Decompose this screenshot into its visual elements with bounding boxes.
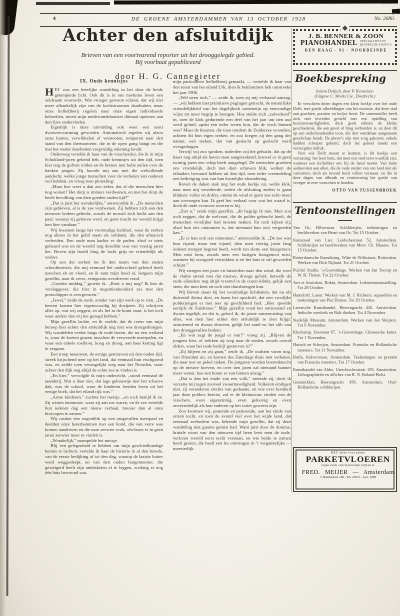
exhibitions-list: Van Os, Hilversum. Schilderijen, teekeni… (293, 225, 397, 431)
exhibition-entry: Pulchri Studio, ’s-Gravenhage. Werken va… (293, 267, 397, 277)
scan-artifact-left-line (6, 16, 9, 596)
review-paragraphs: Er verscheen dezer dagen een klein boekj… (293, 101, 397, 185)
piano-ad-address: DEN HAAG · 91 · NOORDEINDE (296, 49, 396, 53)
boekbespreking-body: Intiem Delfsch, door P. Keuvelaar. (Uitg… (293, 87, 397, 199)
drop-cap: H (45, 87, 55, 97)
piano-ad-trade: PIANOHANDEL (300, 40, 357, 48)
book-credit: Intiem Delfsch, door P. Keuvelaar. (Uitg… (293, 89, 397, 99)
exhibition-entry: Arti et Amicitiae, Rokin, Amsterdam. Led… (293, 280, 397, 290)
body-paragraph: Een troep meeuwen, de eenige getrouwen u… (45, 351, 163, 373)
right-column-rule (293, 70, 397, 71)
column-2-paragraphs: „Wel neen toch,” — zeide ik, toen zij mi… (173, 95, 291, 451)
heading-divider (338, 220, 352, 221)
continued-paragraph: mijn particuliere liefhebberij gemaakt, … (173, 79, 291, 95)
body-paragraph: Mijn gezellin lachte, en ik voelde, dat … (45, 319, 163, 351)
body-paragraph: Wij bleven staan bij het voormalige lich… (173, 290, 291, 333)
section-heading: IX. Oude kennisjes (45, 79, 163, 84)
exhibition-entry: Huinck en Scherjon, Amsterdam. Fransche … (293, 342, 397, 352)
exhibition-entry: Kleykamp, Zeestraat 67, ’s-Gravenhage. C… (293, 330, 397, 340)
body-paragraph: „Dat is juist het wonderlijke,” antwoord… (45, 200, 163, 227)
review-paragraph: Er verscheen dezer dagen een klein boekj… (293, 101, 397, 151)
body-paragraph: Zoo kwamen wij, pratende en peinzende, a… (173, 408, 291, 451)
reviewer-signature: OTTO VAN TUSSENBROEK (293, 188, 397, 193)
body-paragraph: „Jawel,” zeide de oude, zonder van zijn … (45, 297, 163, 319)
body-paragraph: „Arme kinderen,” zuchtte het meisje, „en… (45, 395, 163, 417)
article-column-1: IX. Oude kennisjes HET was een heerlijke… (45, 79, 163, 503)
body-paragraph: Blij een gelegenheid te hebben om mijn g… (45, 443, 163, 475)
exhibition-entries: Van Os, Hilversum. Schilderijen, teekeni… (293, 225, 397, 390)
parquet-ad-address: v. Baerlestraat 160 - Tel. 25615 - Gev. … (297, 475, 399, 479)
body-paragraph: Eigenlijk is deze uitvinding ook weer ee… (45, 125, 163, 152)
scan-artifact-top-line (114, 0, 398, 4)
article-body: IX. Oude kennisjes HET was een heerlijke… (45, 79, 291, 503)
right-column: ◆ J. B. BENNER & ZOON PIANOHANDEL SPECIA… (293, 29, 397, 431)
opening-paragraph: HET was een heerlijke wandeling in het d… (45, 87, 163, 125)
scan-artifact-left-band (0, 0, 6, 616)
parquet-ad-firm: FRED. MEIJER — Amsterdam (297, 468, 399, 475)
body-paragraph: „Er is hun ook iets ontnomen,” antwoordd… (173, 236, 291, 268)
exhibition-entry: Kunstzaal van Lier, Leidschestraat 52, A… (293, 237, 397, 252)
exhibition-entry: Goudstikker, Heerengracht 458, Amsterdam… (293, 380, 397, 390)
boekbespreking-heading: Boekbespreking (295, 74, 397, 86)
body-paragraph: „Dat is dan het einde van een volk,” mee… (173, 376, 291, 408)
exhibition-entry: Van Os, Hilversum. Schilderijen, teekeni… (293, 225, 397, 235)
review-paragraph: Voor wie Delft meent te kennen, is dit b… (293, 151, 397, 186)
body-paragraph: „Zij blijven en zij gaan,” zeide ik. „De… (173, 349, 291, 376)
parquet-ad-line2: tegen sterk concurreerende prijzen is (297, 464, 399, 468)
parquet-ad-product: PARKETVLOEREN (297, 455, 399, 464)
article-title: Achter den afsluitdijk (45, 27, 291, 45)
article-subtitle2: Bij voorbaat gepubliceerd (45, 59, 291, 66)
body-paragraph: Terwijl wij zoo spraken, naderden wij he… (173, 149, 291, 181)
body-paragraph: Wij rustten een oogenblik op een omgeval… (45, 416, 163, 438)
body-paragraph: Op een der zerken las ik den naam van de… (45, 260, 163, 282)
scan-artifact-top-segment (36, 2, 110, 5)
piano-advertisement: ◆ J. B. BENNER & ZOON PIANOHANDEL SPECIA… (293, 29, 397, 65)
issue-number: No. 2680. (374, 16, 395, 22)
body-paragraph: „En wat zegt de jeugd er van?” vroeg zij… (173, 333, 291, 349)
article-column-2: mijn particuliere liefhebberij gemaakt, … (173, 79, 291, 503)
exhibition-entry: Stedelijk Museum, Amsterdam. Werken van … (293, 317, 397, 327)
body-paragraph: „Ziet u,” zeide mijn gezellin, „dit begr… (173, 209, 291, 236)
right-column-rule (293, 202, 397, 203)
tentoonstellingen-heading: Tentoonstellingen (293, 206, 397, 218)
body-paragraph: „Goeden middag,” groette ik. „Kent u mij… (45, 281, 163, 297)
exhibition-entry: Larensche Kunsthandel, Heerengracht 445,… (293, 305, 397, 315)
exhibition-entry: Kunsthandel van Abbe, Utrechtschestraat … (293, 367, 397, 377)
body-paragraph: „Maar hoe weet u dan zoo zeker, dat al d… (45, 184, 163, 200)
newspaper-page: 4 DE GROENE AMSTERDAMMER VAN 13 OCTOBER … (0, 0, 400, 616)
exhibition-entry: Rotterdamsche Kunstkring, Witte de Withs… (293, 255, 397, 265)
body-paragraph: Wij zwegen een poos en luisterden naar d… (173, 268, 291, 290)
column-1-paragraphs: Eigenlijk is deze uitvinding ook weer ee… (45, 125, 163, 476)
exhibition-entry: Hamdorff, Laren. Werken van M. J. Richte… (293, 292, 397, 302)
parquet-advertisement: HET adres voor prima PARKETVLOEREN tegen… (293, 447, 397, 492)
piano-ad-details: SPECIALITEIT IN BESPEELDE PIANO’S (360, 40, 392, 46)
body-paragraph: „En hier,” vervolgde ik mijn onderricht,… (45, 373, 163, 395)
article-subtitle: Brieven van een voortvarend reporter uit… (45, 51, 291, 59)
body-paragraph: Wij kwamen langs het voormalige kerkhof,… (45, 227, 163, 259)
exhibition-entry: Buffa, Kalverstraat, Amsterdam. Teekenin… (293, 355, 397, 365)
body-paragraph: „Wel neen toch,” — zeide ik, toen zij mi… (173, 95, 291, 149)
masthead: DE GROENE AMSTERDAMMER VAN 13 OCTOBER 19… (40, 16, 397, 22)
body-paragraph: Onderweg vertelde ik haar van de vissche… (45, 152, 163, 184)
column-divider-rule (291, 28, 292, 492)
body-paragraph: Boven de daken stak nog het oude kerkje … (173, 182, 291, 209)
